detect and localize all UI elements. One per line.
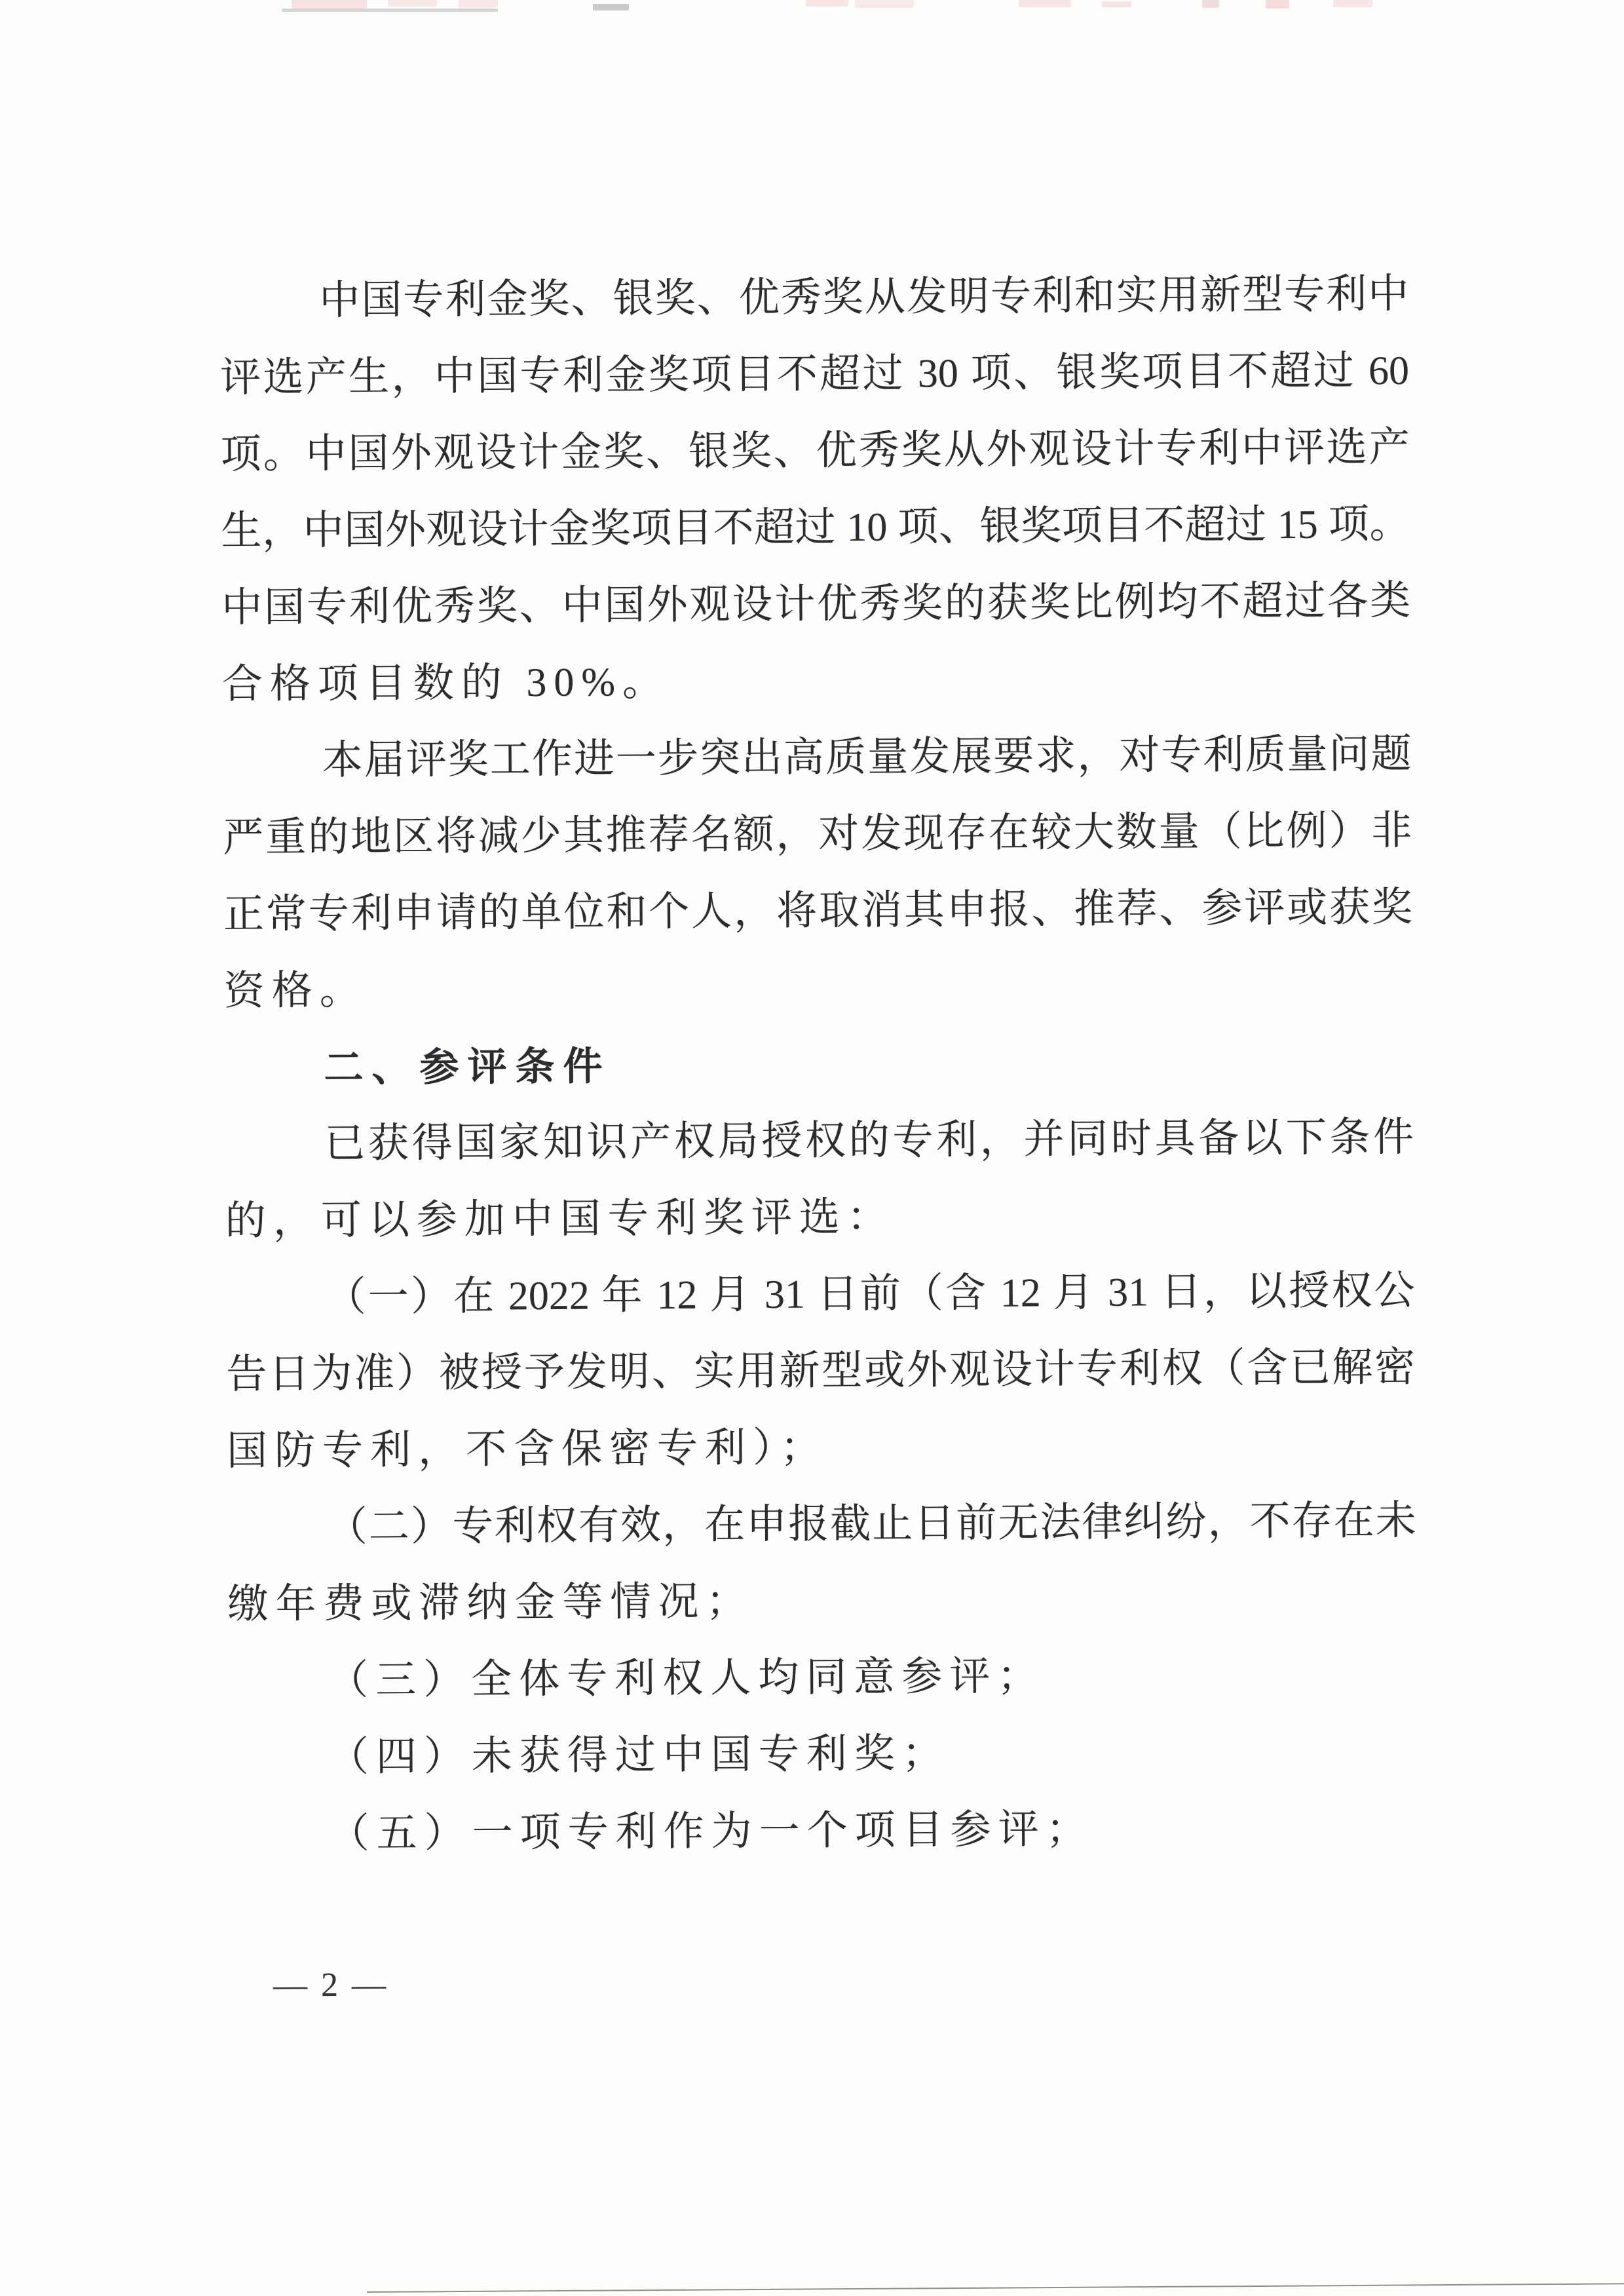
body-line-1: 中国专利金奖、银奖、优秀奖从发明专利和实用新型专利中 — [219, 256, 1409, 340]
section-heading-participation-criteria: 二、参评条件 — [224, 1023, 1414, 1107]
body-line-4: 生，中国外观设计金奖项目不超过 10 项、银奖项目不超过 15 项。 — [221, 486, 1410, 570]
body-line-2: 评选产生，中国专利金奖项目不超过 30 项、银奖项目不超过 60 — [220, 333, 1410, 417]
body-line-17: （二）专利权有效，在申报截止日前无法律纠纷，不存在未 — [227, 1483, 1416, 1567]
body-line-21: （五）一项专利作为一个项目参评； — [229, 1789, 1418, 1873]
body-line-15: 告日为准）被授予发明、实用新型或外观设计专利权（含已解密 — [226, 1330, 1416, 1413]
page-number: — 2 — — [273, 1966, 388, 2005]
scan-artifact — [855, 0, 914, 8]
scan-artifact — [1019, 0, 1071, 7]
scan-edge-line — [367, 2283, 1624, 2293]
body-line-8: 严重的地区将减少其推荐名额，对发现存在较大数量（比例）非 — [223, 793, 1412, 877]
body-line-12: 已获得国家知识产权局授权的专利，并同时具备以下条件 — [225, 1100, 1414, 1183]
scan-artifact — [1202, 0, 1219, 8]
scan-artifact — [292, 0, 367, 9]
scan-artifact — [388, 0, 437, 7]
scan-artifact — [806, 0, 848, 7]
scan-artifact — [459, 0, 498, 8]
body-line-9: 正常专利申请的单位和个人，将取消其申报、推荐、参评或获奖 — [223, 870, 1413, 953]
body-line-13: 的，可以参加中国专利奖评选： — [225, 1176, 1415, 1260]
body-line-6: 合格项目数的 30%。 — [222, 640, 1412, 723]
body-line-14: （一）在 2022 年 12 月 31 日前（含 12 月 31 日，以授权公 — [225, 1253, 1415, 1337]
body-line-18: 缴年费或滞纳金等情况； — [227, 1559, 1417, 1643]
document-page: 中国专利金奖、银奖、优秀奖从发明专利和实用新型专利中 评选产生，中国专利金奖项目… — [0, 0, 1624, 2296]
body-line-19: （三）全体专利权人均同意参评； — [228, 1636, 1418, 1720]
body-line-7: 本届评奖工作进一步突出高质量发展要求，对专利质量问题 — [222, 716, 1412, 800]
body-line-10: 资格。 — [223, 946, 1413, 1030]
document-body: 中国专利金奖、银奖、优秀奖从发明专利和实用新型专利中 评选产生，中国专利金奖项目… — [219, 256, 1418, 1873]
scan-artifact — [1102, 1, 1131, 7]
scan-artifact — [282, 9, 498, 12]
scan-artifact — [1333, 0, 1372, 7]
body-line-20: （四）未获得过中国专利奖； — [229, 1713, 1418, 1797]
body-line-5: 中国专利优秀奖、中国外观设计优秀奖的获奖比例均不超过各类 — [221, 563, 1411, 647]
body-line-16: 国防专利，不含保密专利）； — [227, 1406, 1416, 1490]
body-line-3: 项。中国外观设计金奖、银奖、优秀奖从外观设计专利中评选产 — [220, 410, 1410, 493]
scan-artifact — [1266, 0, 1289, 9]
scan-artifact — [593, 4, 629, 10]
